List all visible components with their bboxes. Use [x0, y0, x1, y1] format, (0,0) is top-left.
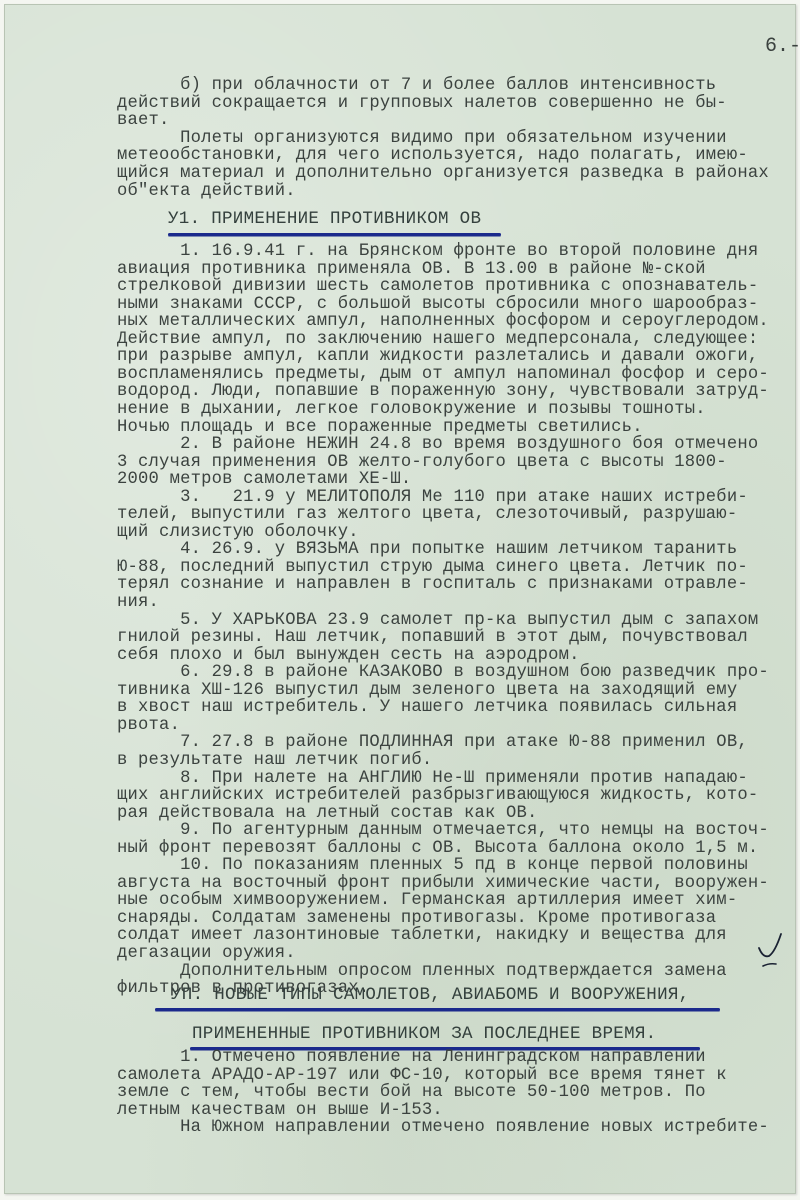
checkmark-icon — [757, 930, 787, 970]
text-line: терял сознание и направлен в госпиталь с… — [117, 576, 748, 594]
text-line: ными знаками СССР, с большой высоты сбро… — [117, 296, 758, 314]
text-line: 5. У ХАРЬКОВА 23.9 самолет пр-ка выпусти… — [117, 612, 758, 630]
text-line: самолета АРАДО-АР-197 или ФС-10, который… — [117, 1067, 727, 1085]
text-line: тивника ХШ-126 выпустил дым зеленого цве… — [117, 682, 737, 700]
text-line: ния. — [117, 594, 159, 612]
text-line: ные особым химвооружением. Германская ар… — [117, 892, 737, 910]
text-line: щих английских истребителей разбрызгиваю… — [117, 787, 758, 805]
text-line: Ночью площадь и все пораженные предметы … — [117, 419, 643, 437]
text-line: действий сокращается и групповых налетов… — [117, 95, 727, 113]
text-line: 1. Отмечено появление на Ленинградском н… — [117, 1049, 706, 1067]
text-line: августа на восточный фронт прибыли химич… — [117, 875, 769, 893]
text-line: снаряды. Солдатам заменены противогазы. … — [117, 910, 716, 928]
text-line: в хвост наш истребитель. У нашего летчик… — [117, 699, 737, 717]
text-line: Полеты организуются видимо при обязатель… — [117, 130, 727, 148]
section-7-heading-line-2: ПРИМЕНЕННЫЕ ПРОТИВНИКОМ ЗА ПОСЛЕДНЕЕ ВРЕ… — [192, 1024, 656, 1044]
text-line: ный фронт перевозят баллоны с ОВ. Высота… — [117, 840, 758, 858]
section-6-underline — [168, 233, 501, 236]
text-line: ных металлических ампул, наполненных фос… — [117, 313, 769, 331]
text-line: об"екта действий. — [117, 183, 296, 201]
document-page: 6.- б) при облачности от 7 и более балло… — [4, 4, 796, 1194]
text-line: 8. При налете на АНГЛИЮ Не-Ш применяли п… — [117, 770, 748, 788]
text-line: рая действовала на летный состав как ОВ. — [117, 805, 538, 823]
text-line: стрелковой дивизии шесть самолетов проти… — [117, 278, 758, 296]
text-line: в результате наш летчик погиб. — [117, 752, 432, 770]
text-line: летным качествам он выше И-153. — [117, 1102, 443, 1120]
text-line: водород. Люди, попавшие в пораженную зон… — [117, 383, 769, 401]
text-line: щий слизистую оболочку. — [117, 524, 359, 542]
text-line: На Южном направлении отмечено появление … — [117, 1119, 769, 1137]
text-line: Ю-88, последний выпустил струю дыма сине… — [117, 559, 748, 577]
text-line: 6. 29.8 в районе КАЗАКОВО в воздушном бо… — [117, 664, 769, 682]
text-line: 2. В районе НЕЖИН 24.8 во время воздушно… — [117, 436, 758, 454]
text-line: метеообстановки, для чего используется, … — [117, 147, 748, 165]
text-line: 1. 16.9.41 г. на Брянском фронте во втор… — [117, 243, 758, 261]
section-7-underline-1 — [155, 1008, 720, 1011]
text-line: телей, выпустили газ желтого цвета, слез… — [117, 506, 737, 524]
text-line: 3. 21.9 у МЕЛИТОПОЛЯ Ме 110 при атаке на… — [117, 489, 748, 507]
text-line: авиация противника применяла ОВ. В 13.00… — [117, 261, 706, 279]
text-line: вает. — [117, 112, 170, 130]
text-line: воспламенялись предметы, дым от ампул на… — [117, 366, 769, 384]
text-line: солдат имеет лазонтиновые таблетки, наки… — [117, 927, 727, 945]
text-line: 10. По показаниям пленных 5 пд в конце п… — [117, 857, 748, 875]
text-line: нение в дыхании, легкое головокружение и… — [117, 401, 706, 419]
text-line: Дополнительным опросом пленных подтвержд… — [117, 963, 727, 981]
text-line: Действие ампул, по заключению нашего мед… — [117, 331, 758, 349]
section-6-heading: У1. ПРИМЕНЕНИЕ ПРОТИВНИКОМ ОВ — [168, 209, 481, 229]
text-line: 9. По агентурным данным отмечается, что … — [117, 822, 769, 840]
page-number: 6.- — [765, 35, 800, 58]
text-line: себя плохо и был вынужден сесть на аэрод… — [117, 647, 580, 665]
section-7-heading-line-1: УП. НОВЫЕ ТИПЫ САМОЛЕТОВ, АВИАБОМБ И ВОО… — [171, 985, 689, 1005]
text-line: гнилой резины. Наш летчик, попавший в эт… — [117, 629, 748, 647]
text-line: 7. 27.8 в районе ПОДЛИННАЯ при атаке Ю-8… — [117, 734, 748, 752]
text-line: 2000 метров самолетами ХЕ-Ш. — [117, 471, 411, 489]
text-line: дегазации оружия. — [117, 945, 296, 963]
text-line: б) при облачности от 7 и более баллов ин… — [117, 77, 716, 95]
text-line: щийся материал и дополнительно организуе… — [117, 165, 769, 183]
text-line: 3 случая применения ОВ желто-голубого цв… — [117, 454, 727, 472]
text-line: 4. 26.9. у ВЯЗЬМА при попытке нашим летч… — [117, 541, 737, 559]
text-line: земле с тем, чтобы вести бой на высоте 5… — [117, 1084, 706, 1102]
text-line: при разрыве ампул, капли жидкости разлет… — [117, 348, 758, 366]
text-line: рвота. — [117, 717, 180, 735]
